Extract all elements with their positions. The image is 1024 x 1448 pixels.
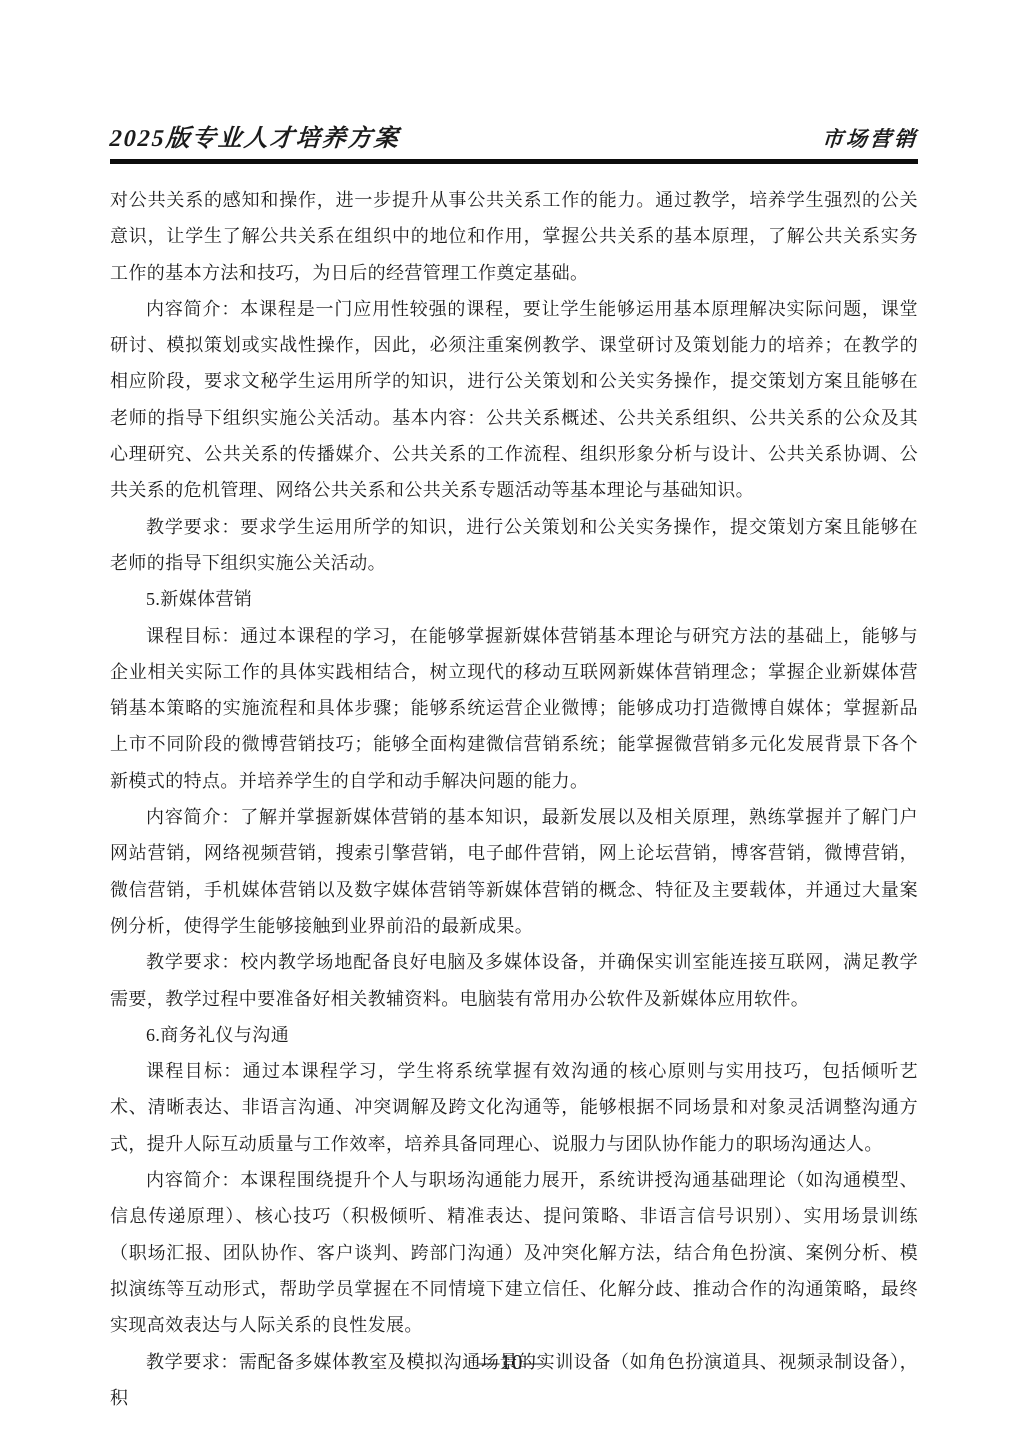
paragraph-business-etiquette-objectives: 课程目标：通过本课程学习，学生将系统掌握有效沟通的核心原则与实用技巧，包括倾听艺… bbox=[110, 1053, 918, 1162]
header-right-title: 市场营销 bbox=[821, 123, 919, 153]
heading-course-6-business-etiquette: 6.商务礼仪与沟通 bbox=[110, 1017, 918, 1053]
document-body: 对公共关系的感知和操作，进一步提升从事公共关系工作的能力。通过教学，培养学生强烈… bbox=[110, 182, 918, 1416]
page-number: —10— bbox=[0, 1350, 1024, 1375]
header-double-rule bbox=[110, 159, 918, 164]
paragraph-pr-content-intro: 内容简介：本课程是一门应用性较强的课程，要让学生能够运用基本原理解决实际问题，课… bbox=[110, 291, 918, 509]
paragraph-business-etiquette-content-intro: 内容简介：本课程围绕提升个人与职场沟通能力展开，系统讲授沟通基础理论（如沟通模型… bbox=[110, 1162, 918, 1343]
paragraph-pr-objectives-continuation: 对公共关系的感知和操作，进一步提升从事公共关系工作的能力。通过教学，培养学生强烈… bbox=[110, 182, 918, 291]
heading-course-5-new-media-marketing: 5.新媒体营销 bbox=[110, 581, 918, 617]
page-header: 2025版专业人才培养方案 市场营销 bbox=[110, 118, 918, 159]
page-content: 2025版专业人才培养方案 市场营销 对公共关系的感知和操作，进一步提升从事公共… bbox=[110, 0, 918, 1416]
paragraph-pr-teaching-requirements: 教学要求：要求学生运用所学的知识，进行公关策划和公关实务操作，提交策划方案且能够… bbox=[110, 509, 918, 582]
paragraph-new-media-content-intro: 内容简介：了解并掌握新媒体营销的基本知识，最新发展以及相关原理，熟练掌握并了解门… bbox=[110, 799, 918, 944]
document-page: 2025版专业人才培养方案 市场营销 对公共关系的感知和操作，进一步提升从事公共… bbox=[0, 0, 1024, 1448]
paragraph-new-media-objectives: 课程目标：通过本课程的学习，在能够掌握新媒体营销基本理论与研究方法的基础上，能够… bbox=[110, 618, 918, 799]
paragraph-new-media-teaching-requirements: 教学要求：校内教学场地配备良好电脑及多媒体设备，并确保实训室能连接互联网，满足教… bbox=[110, 944, 918, 1017]
header-left-title: 2025版专业人才培养方案 bbox=[109, 118, 401, 153]
